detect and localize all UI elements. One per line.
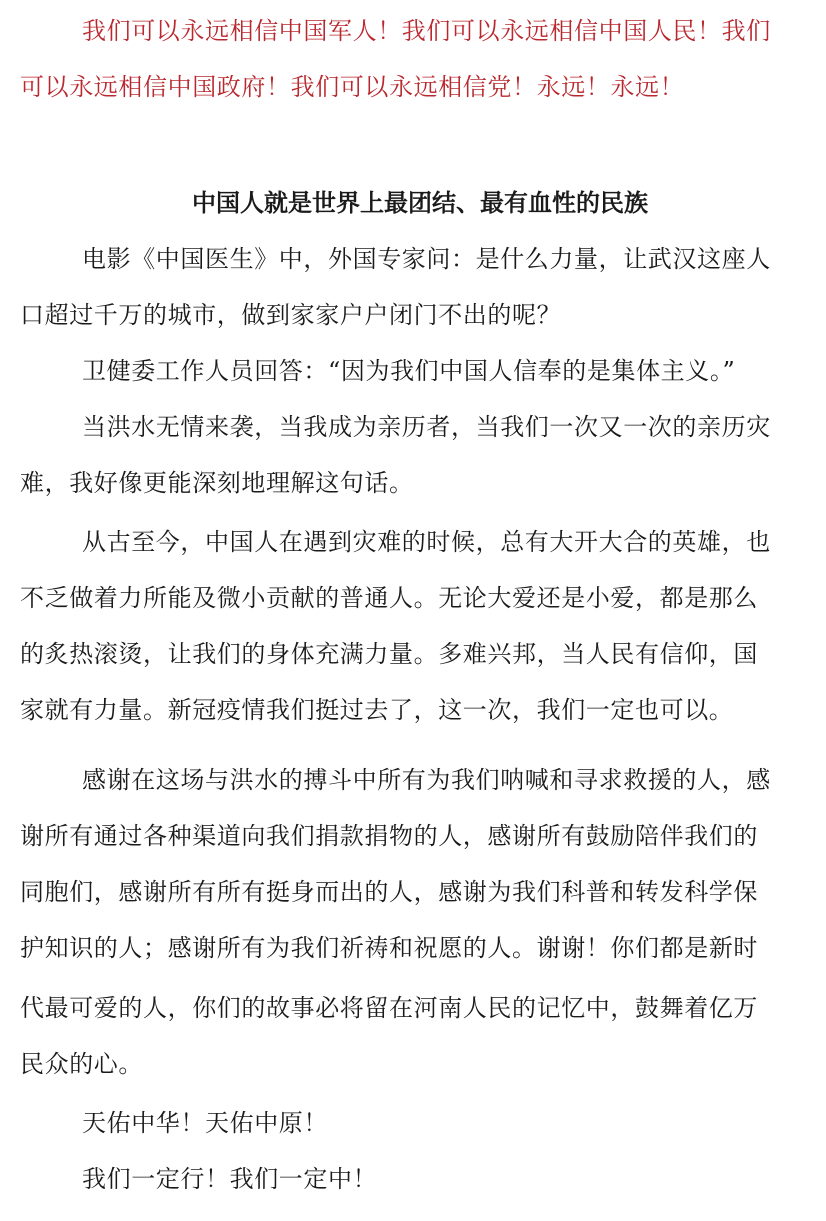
document-page: 我们可以永远相信中国军人！我们可以永远相信中国人民！我们 可以永远相信中国政府！… (0, 0, 826, 1221)
paragraph-3-line-2: 难，我好像更能深刻地理解这句话。 (20, 468, 414, 498)
paragraph-3-line-1: 当洪水无情来袭，当我成为亲历者，当我们一次又一次的亲历灾 (82, 412, 771, 442)
paragraph-4-line-2: 不乏做着力所能及微小贡献的普通人。无论大爱还是小爱，都是那么 (20, 583, 758, 613)
paragraph-2-line-1: 卫健委工作人员回答：“因为我们中国人信奉的是集体主义。” (82, 356, 735, 386)
paragraph-4-line-1: 从古至今，中国人在遇到灾难的时候，总有大开大合的英雄，也 (82, 527, 771, 557)
paragraph-5-line-1: 感谢在这场与洪水的搏斗中所有为我们呐喊和寻求救援的人，感 (82, 765, 771, 795)
intro-red-line-2: 可以永远相信中国政府！我们可以永远相信党！永远！永远！ (20, 72, 684, 102)
paragraph-5-line-6: 民众的心。 (20, 1049, 143, 1079)
closing-line-2: 我们一定行！我们一定中！ (82, 1164, 377, 1194)
paragraph-5-line-3: 同胞们，感谢所有所有挺身而出的人，感谢为我们科普和转发科学保 (20, 877, 758, 907)
intro-red-line-1: 我们可以永远相信中国军人！我们可以永远相信中国人民！我们 (82, 16, 771, 46)
paragraph-4-line-3: 的炙热滚烫，让我们的身体充满力量。多难兴邦，当人民有信仰，国 (20, 639, 758, 669)
section-title: 中国人就是世界上最团结、最有血性的民族 (192, 188, 648, 218)
paragraph-1-line-1: 电影《中国医生》中，外国专家问：是什么力量，让武汉这座人 (82, 244, 771, 274)
paragraph-5-line-4: 护知识的人；感谢所有为我们祈祷和祝愿的人。谢谢！你们都是新时 (20, 933, 758, 963)
closing-line-1: 天佑中华！天佑中原！ (82, 1108, 328, 1138)
paragraph-4-line-4: 家就有力量。新冠疫情我们挺过去了，这一次，我们一定也可以。 (20, 695, 733, 725)
paragraph-5-line-2: 谢所有通过各种渠道向我们捐款捐物的人，感谢所有鼓励陪伴我们的 (20, 821, 758, 851)
paragraph-1-line-2: 口超过千万的城市，做到家家户户闭门不出的呢？ (20, 300, 561, 330)
paragraph-5-line-5: 代最可爱的人，你们的故事必将留在河南人民的记忆中，鼓舞着亿万 (20, 993, 758, 1023)
